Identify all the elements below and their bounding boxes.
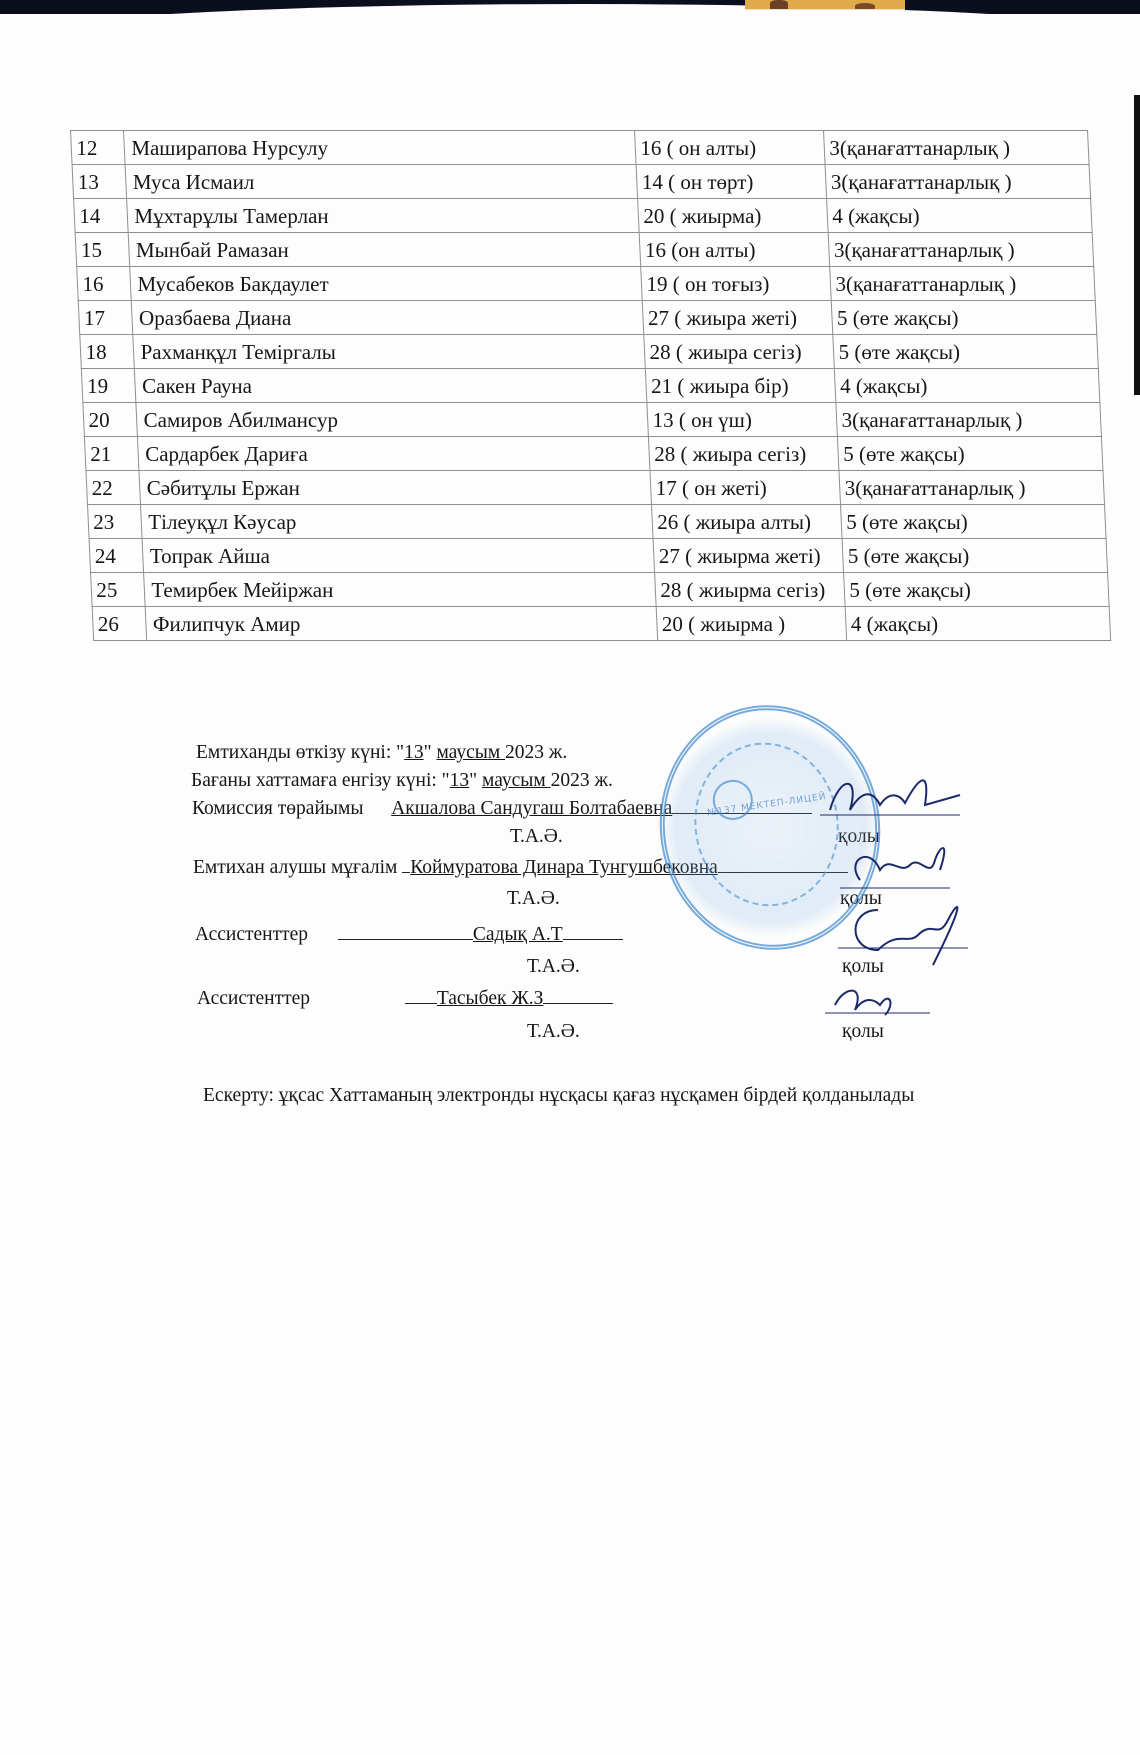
- chair-label: Комиссия төрайымы: [192, 798, 363, 819]
- student-name: Мынбай Рамазан: [129, 233, 640, 267]
- row-number: 13: [73, 165, 126, 199]
- score-cell: 21 ( жиыра бір): [646, 369, 835, 403]
- score-cell: 19 ( он тоғыз): [641, 267, 830, 301]
- score-cell: 27 ( жиыра жеті): [643, 301, 832, 335]
- grade-cell: 5 (өте жақсы): [843, 539, 1107, 573]
- assistant1-line: Ассистенттер Садық А.Т: [195, 924, 623, 946]
- teacher-fio-caption: Т.А.Ә.: [507, 888, 560, 910]
- grade-cell: 5 (өте жақсы): [841, 505, 1105, 539]
- score-cell: 28 ( жиырма сегіз): [655, 573, 844, 607]
- row-number: 14: [74, 199, 127, 233]
- grade-cell: 3(қанағаттанарлық ): [829, 233, 1093, 267]
- grade-cell: 3(қанағаттанарлық ): [837, 403, 1101, 437]
- teacher-label: Емтихан алушы мұғалім: [193, 857, 397, 878]
- row-number: 20: [84, 403, 137, 437]
- note-text: Ескерту: ұқсас Хаттаманың электронды нұс…: [203, 1085, 914, 1107]
- student-name: Оразбаева Диана: [132, 301, 643, 335]
- table-row: 12Маширапова Нурсулу16 ( он алты)3(қанағ…: [71, 131, 1090, 165]
- table-row: 16Мусабеков Бакдаулет19 ( он тоғыз)3(қан…: [77, 267, 1096, 301]
- student-name: Самиров Абилмансур: [137, 403, 648, 437]
- table-row: 20Самиров Абилмансур13 ( он үш)3(қанағат…: [83, 403, 1102, 437]
- student-name: Тілеуқұл Кәусар: [141, 505, 652, 539]
- table-row: 13Муса Исмаил14 ( он төрт)3(қанағаттанар…: [72, 165, 1091, 199]
- row-number: 26: [93, 607, 146, 641]
- table-row: 25Темирбек Мейіржан28 ( жиырма сегіз)5 (…: [91, 573, 1110, 607]
- assistant2-label: Ассистенттер: [197, 988, 310, 1009]
- score-cell: 27 ( жиырма жеті): [654, 539, 843, 573]
- row-number: 19: [82, 369, 135, 403]
- student-name: Мұхтарұлы Тамерлан: [127, 199, 638, 233]
- table-row: 17Оразбаева Диана27 ( жиыра жеті)5 (өте …: [78, 301, 1097, 335]
- score-cell: 14 ( он төрт): [637, 165, 826, 199]
- assistant2-name: Тасыбек Ж.З: [437, 988, 544, 1009]
- student-name: Топрак Айша: [143, 539, 654, 573]
- assistant1-label: Ассистенттер: [195, 924, 308, 945]
- grade-cell: 4 (жақсы): [827, 199, 1091, 233]
- score-cell: 17 ( он жеті): [651, 471, 840, 505]
- assistant1-signature: [838, 890, 978, 970]
- table-row: 15Мынбай Рамазан16 (он алты)3(қанағаттан…: [75, 233, 1094, 267]
- student-name: Маширапова Нурсулу: [124, 131, 635, 165]
- grade-cell: 5 (өте жақсы): [838, 437, 1102, 471]
- score-cell: 16 (он алты): [640, 233, 829, 267]
- student-name: Сәбитұлы Ержан: [140, 471, 651, 505]
- score-cell: 16 ( он алты): [635, 131, 824, 165]
- table-row: 19Сакен Рауна21 ( жиыра бір)4 (жақсы): [81, 369, 1100, 403]
- scan-photo-fragment: [745, 0, 905, 10]
- table-row: 26Филипчук Амир20 ( жиырма )4 (жақсы): [92, 607, 1111, 641]
- score-cell: 28 ( жиыра сегіз): [645, 335, 834, 369]
- row-number: 15: [76, 233, 129, 267]
- entry-date-line: Бағаны хаттамаға енгізу күні: "13" маусы…: [191, 770, 613, 792]
- score-cell: 20 ( жиырма ): [657, 607, 846, 641]
- exam-date-line: Емтиханды өткізу күні: "13" маусым 2023 …: [196, 742, 567, 764]
- score-cell: 13 ( он үш): [648, 403, 837, 437]
- grade-cell: 3(қанағаттанарлық ): [824, 131, 1088, 165]
- table-row: 21Сардарбек Дариға28 ( жиыра сегіз)5 (өт…: [84, 437, 1103, 471]
- grade-cell: 4 (жақсы): [846, 607, 1110, 641]
- row-number: 23: [88, 505, 141, 539]
- assistant2-fio-caption: Т.А.Ә.: [527, 1021, 580, 1043]
- chair-name: Акшалова Сандугаш Болтабаевна: [391, 798, 672, 819]
- student-name: Темирбек Мейіржан: [144, 573, 655, 607]
- assistant2-signature: [825, 975, 935, 1025]
- row-number: 25: [91, 573, 144, 607]
- grades-table: 12Маширапова Нурсулу16 ( он алты)3(қанағ…: [70, 130, 1111, 641]
- score-cell: 26 ( жиыра алты): [652, 505, 841, 539]
- assistant2-line: Ассистенттер Тасыбек Ж.З: [197, 988, 613, 1010]
- table-row: 18Рахманқұл Теміргалы28 ( жиыра сегіз)5 …: [80, 335, 1099, 369]
- grade-cell: 5 (өте жақсы): [834, 335, 1098, 369]
- table-row: 14Мұхтарұлы Тамерлан20 ( жиырма)4 (жақсы…: [74, 199, 1093, 233]
- row-number: 17: [79, 301, 132, 335]
- student-name: Филипчук Амир: [146, 607, 657, 641]
- grade-cell: 3(қанағаттанарлық ): [826, 165, 1090, 199]
- row-number: 22: [87, 471, 140, 505]
- student-name: Сакен Рауна: [135, 369, 646, 403]
- grade-cell: 3(қанағаттанарлық ): [840, 471, 1104, 505]
- score-cell: 20 ( жиырма): [638, 199, 827, 233]
- grade-cell: 3(қанағаттанарлық ): [830, 267, 1094, 301]
- chair-fio-caption: Т.А.Ә.: [510, 826, 563, 848]
- assistant1-fio-caption: Т.А.Ә.: [527, 956, 580, 978]
- row-number: 24: [90, 539, 143, 573]
- student-name: Сардарбек Дариға: [138, 437, 649, 471]
- assistant1-name: Садық А.Т: [473, 924, 563, 945]
- row-number: 21: [85, 437, 138, 471]
- table-row: 24Топрак Айша27 ( жиырма жеті)5 (өте жақ…: [89, 539, 1108, 573]
- chair-signature: [820, 765, 970, 825]
- score-cell: 28 ( жиыра сегіз): [649, 437, 838, 471]
- scan-right-edge: [1134, 95, 1140, 395]
- row-number: 18: [81, 335, 134, 369]
- student-name: Мусабеков Бакдаулет: [130, 267, 641, 301]
- table-row: 23Тілеуқұл Кәусар26 ( жиыра алты)5 (өте …: [88, 505, 1107, 539]
- grade-cell: 4 (жақсы): [835, 369, 1099, 403]
- row-number: 12: [71, 131, 124, 165]
- grade-cell: 5 (өте жақсы): [844, 573, 1108, 607]
- student-name: Рахманқұл Теміргалы: [134, 335, 645, 369]
- grade-cell: 5 (өте жақсы): [832, 301, 1096, 335]
- student-name: Муса Исмаил: [126, 165, 637, 199]
- row-number: 16: [77, 267, 130, 301]
- table-row: 22Сәбитұлы Ержан17 ( он жеті)3(қанағатта…: [86, 471, 1105, 505]
